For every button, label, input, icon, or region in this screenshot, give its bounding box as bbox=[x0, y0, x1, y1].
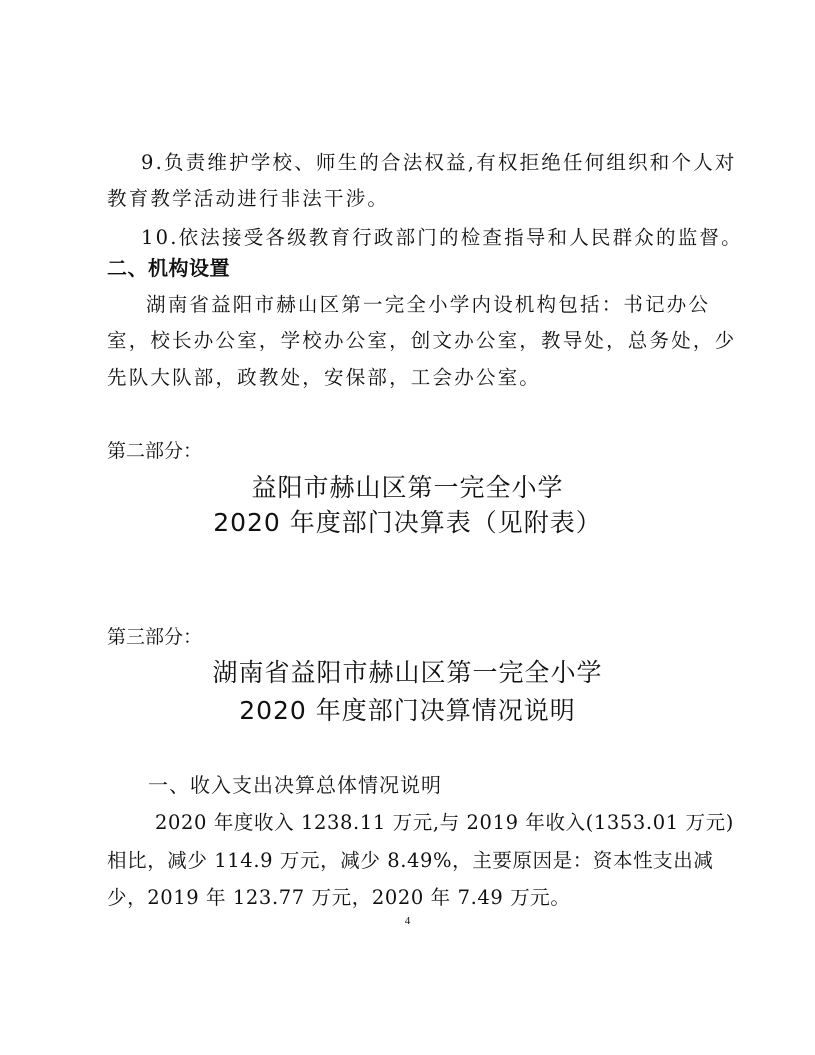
organization-body-line: 室，校长办公室，学校办公室，创文办公室，教导处，总务处，少 bbox=[107, 331, 736, 351]
part-three-title-line-2: 2020 年度部门决算情况说明 bbox=[0, 698, 815, 723]
organization-body-line: 先队大队部，政教处，安保部，工会办公室。 bbox=[107, 368, 541, 388]
income-body-line: 2020 年度收入 1238.11 万元,与 2019 年收入(1353.01 … bbox=[155, 813, 734, 833]
part-three-label: 第三部分： bbox=[107, 628, 202, 647]
income-body-line: 相比，减少 114.9 万元，减少 8.49%，主要原因是：资本性支出减 bbox=[107, 851, 713, 871]
income-body-line: 少，2019 年 123.77 万元，2020 年 7.49 万元。 bbox=[107, 888, 571, 908]
section-heading-organization: 二、机构设置 bbox=[107, 258, 230, 278]
duty-9-line-2: 教育教学活动进行非法干涉。 bbox=[107, 189, 389, 209]
page-number: 4 bbox=[0, 916, 815, 927]
part-two-title-line-1: 益阳市赫山区第一完全小学 bbox=[0, 475, 815, 500]
duty-9-line-1: 9.负责维护学校、师生的合法权益,有权拒绝任何组织和个人对 bbox=[141, 153, 737, 173]
part-three-title-line-1: 湖南省益阳市赫山区第一完全小学 bbox=[0, 660, 815, 685]
duty-10-line: 10.依法接受各级教育行政部门的检查指导和人民群众的监督。 bbox=[141, 228, 743, 248]
part-two-label: 第二部分： bbox=[107, 442, 202, 461]
subsection-heading-income-expense: 一、收入支出决算总体情况说明 bbox=[148, 775, 442, 795]
organization-body-line: 湖南省益阳市赫山区第一完全小学内设机构包括：书记办公 bbox=[146, 295, 710, 315]
part-two-title-line-2: 2020 年度部门决算表（见附表） bbox=[0, 510, 815, 535]
